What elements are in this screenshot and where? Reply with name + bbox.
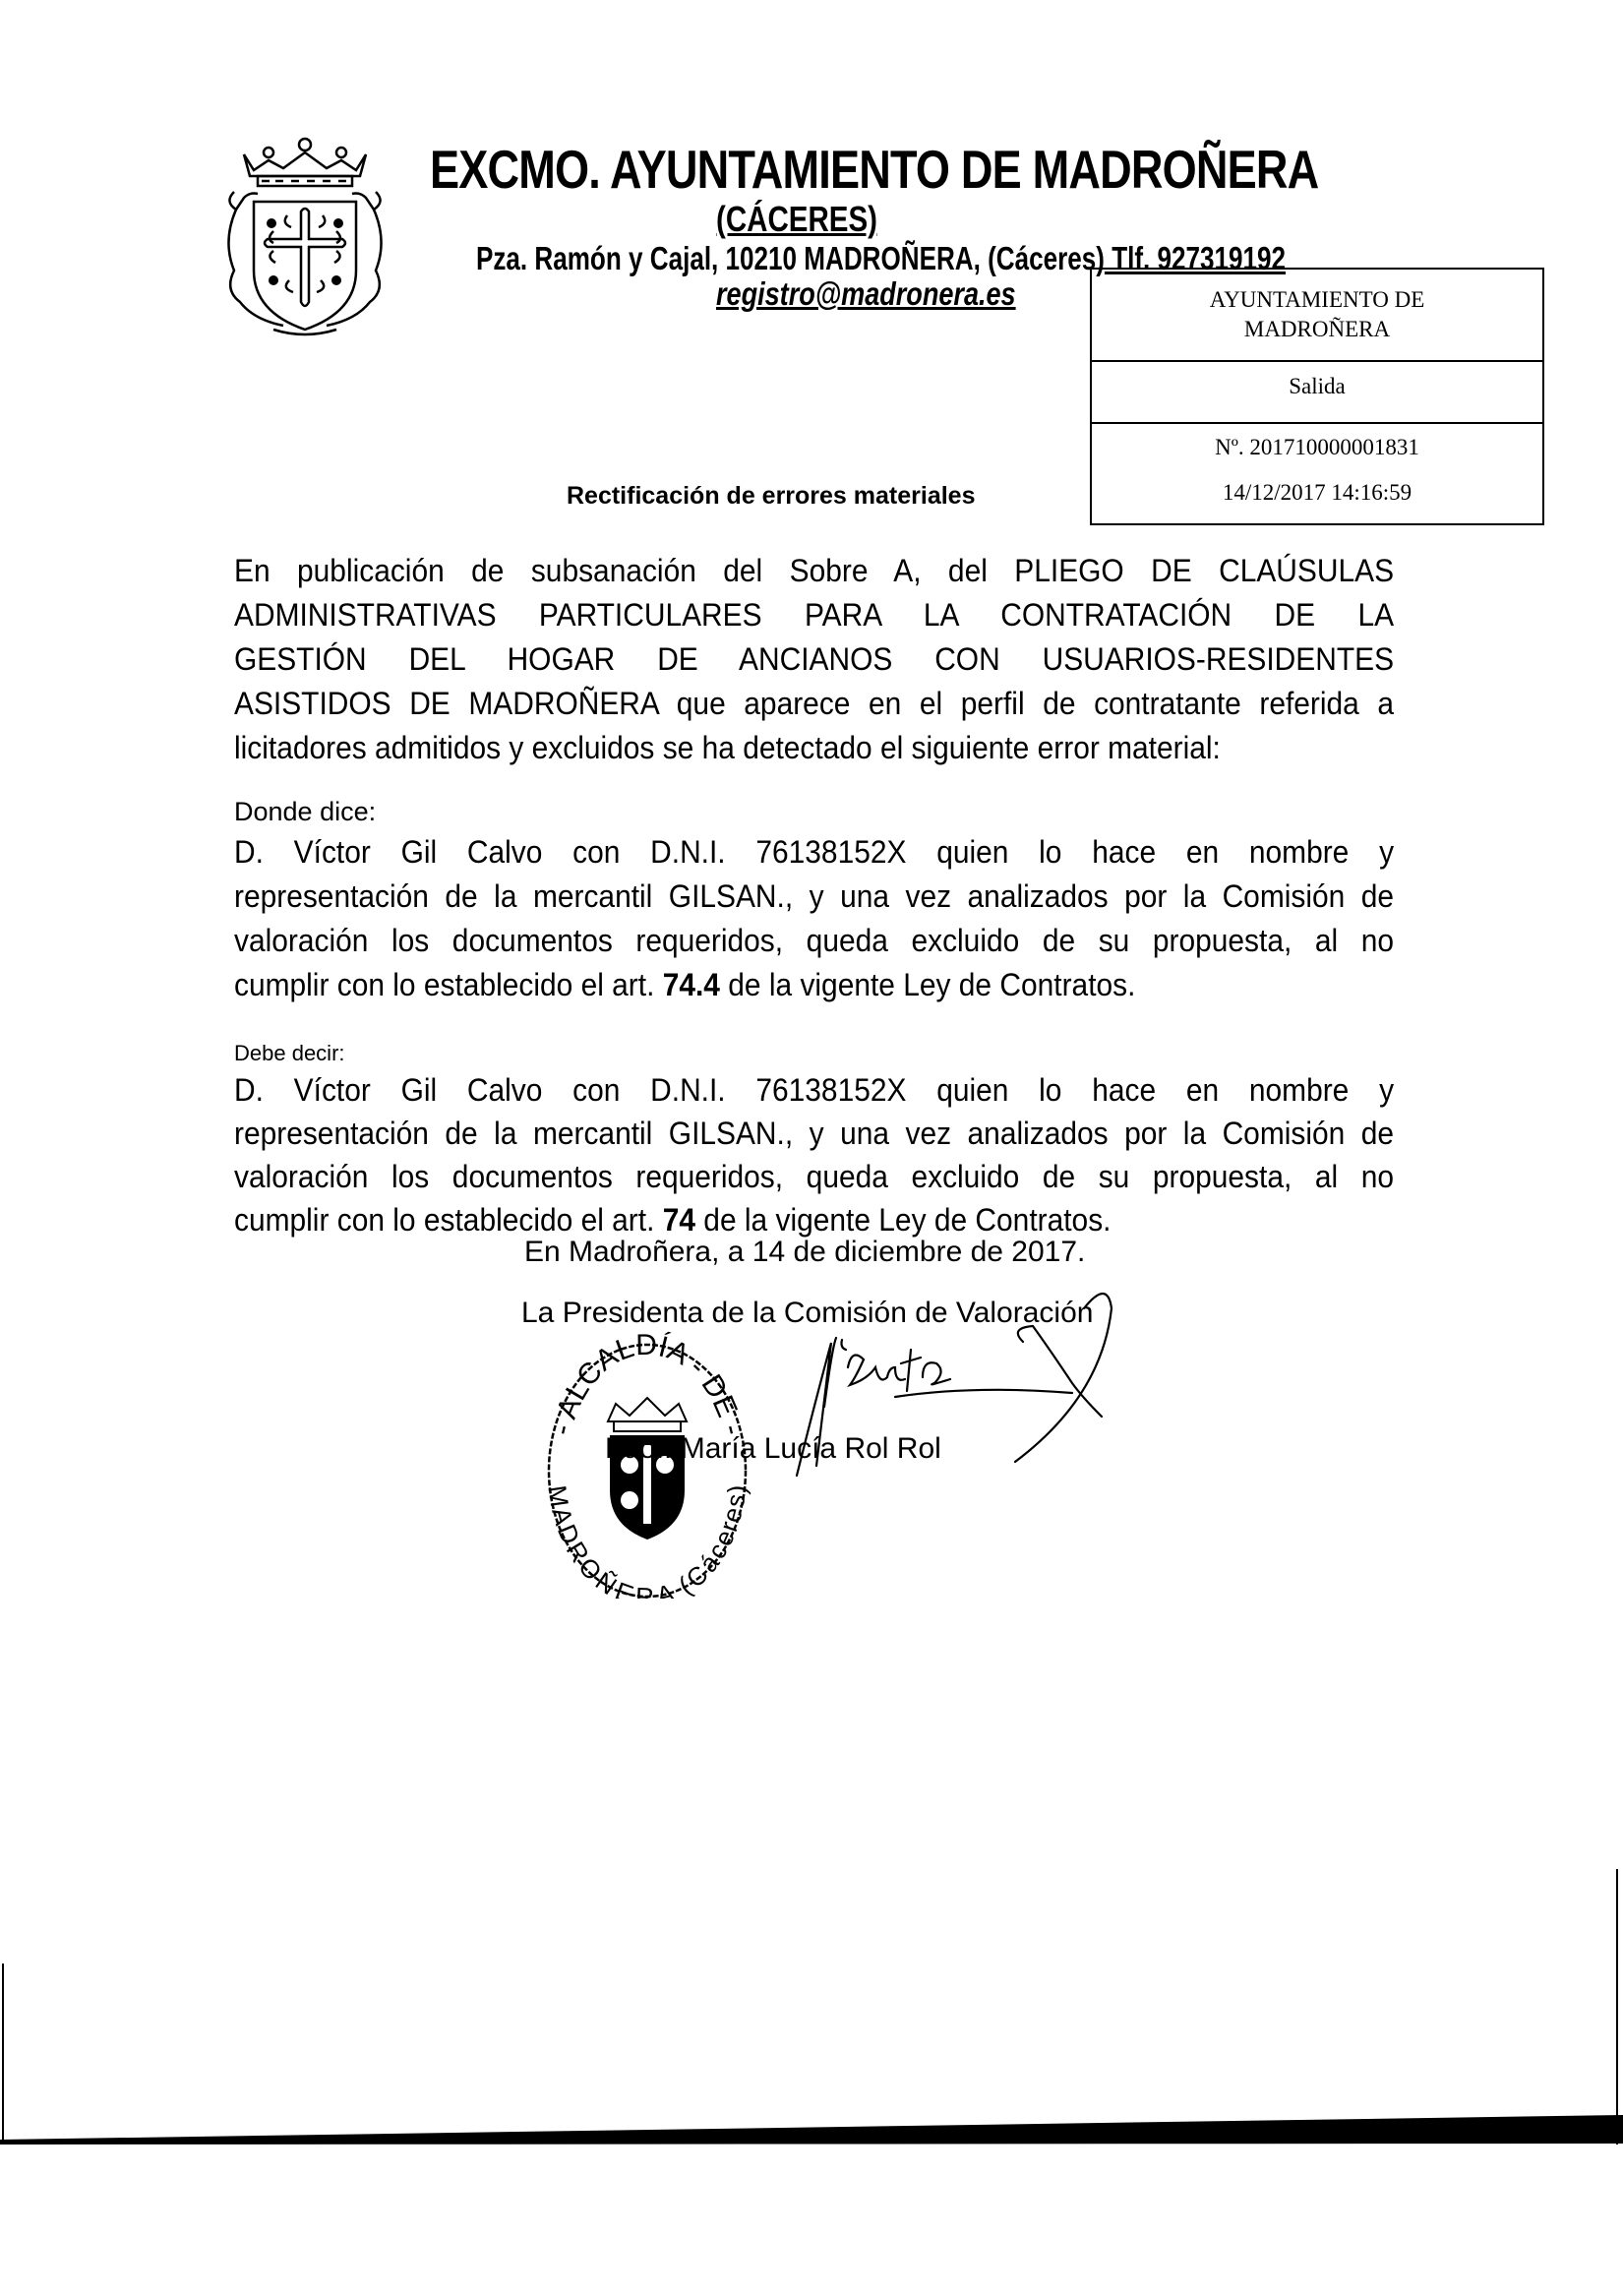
- scan-edge-line: [2, 1964, 4, 2145]
- registry-stamp: AYUNTAMIENTO DE MADROÑERA Salida Nº. 201…: [1090, 268, 1544, 525]
- handwritten-signature-icon: [777, 1269, 1151, 1505]
- scan-edge-line: [1616, 1869, 1618, 2145]
- intro-paragraph: En publicación de subsanación del Sobre …: [234, 549, 1394, 770]
- registry-divider: [1092, 360, 1542, 362]
- wrong-article-number: 74.4: [663, 967, 720, 1002]
- email-link[interactable]: registro@madronera.es: [716, 275, 1016, 313]
- correct-text-label: Debe decir:: [234, 1041, 345, 1066]
- signer-name: Fdo.: María Lucía Rol Rol: [605, 1432, 941, 1466]
- document-subject: Rectificación de errores materiales: [567, 482, 975, 511]
- province-name: (CÁCERES): [643, 199, 950, 240]
- registry-organization-line2: MADROÑERA: [1092, 315, 1542, 344]
- intro-line: GESTIÓN DEL HOGAR DE ANCIANOS CON USUARI…: [234, 637, 1394, 682]
- registry-number: Nº. 201710000001831: [1092, 433, 1542, 462]
- registry-type: Salida: [1092, 372, 1542, 401]
- registry-datetime: 14/12/2017 14:16:59: [1092, 478, 1542, 508]
- wrong-text-line: cumplir con lo establecido el art. 74.4 …: [234, 963, 1394, 1007]
- correct-text-line: representación de la mercantil GILSAN., …: [234, 1112, 1394, 1155]
- correct-text-line: D. Víctor Gil Calvo con D.N.I. 76138152X…: [234, 1068, 1394, 1112]
- correct-text-fragment: de la vigente Ley de Contratos.: [695, 1202, 1111, 1238]
- wrong-text-paragraph: D. Víctor Gil Calvo con D.N.I. 76138152X…: [234, 830, 1394, 1007]
- intro-line: En publicación de subsanación del Sobre …: [234, 549, 1394, 593]
- wrong-text-fragment: de la vigente Ley de Contratos.: [720, 967, 1135, 1002]
- intro-line: ASISTIDOS DE MADROÑERA que aparece en el…: [234, 682, 1394, 726]
- correct-text-line: valoración los documentos requeridos, qu…: [234, 1155, 1394, 1198]
- coat-of-arms-icon: [214, 133, 395, 341]
- wrong-text-line: valoración los documentos requeridos, qu…: [234, 919, 1394, 963]
- registry-organization: AYUNTAMIENTO DE MADROÑERA: [1092, 285, 1542, 344]
- registry-divider: [1092, 422, 1542, 424]
- correct-text-paragraph: D. Víctor Gil Calvo con D.N.I. 76138152X…: [234, 1068, 1394, 1241]
- correct-text-fragment: cumplir con lo establecido el art.: [234, 1202, 663, 1238]
- intro-line: ADMINISTRATIVAS PARTICULARES PARA LA CON…: [234, 593, 1394, 637]
- registry-organization-line1: AYUNTAMIENTO DE: [1092, 285, 1542, 315]
- wrong-text-fragment: cumplir con lo establecido el art.: [234, 967, 663, 1002]
- institution-title: EXCMO. AYUNTAMIENTO DE MADROÑERA: [430, 138, 1200, 201]
- wrong-text-line: D. Víctor Gil Calvo con D.N.I. 76138152X…: [234, 830, 1394, 875]
- wrong-text-line: representación de la mercantil GILSAN., …: [234, 875, 1394, 919]
- wrong-text-label: Donde dice:: [234, 797, 376, 827]
- place-and-date: En Madroñera, a 14 de diciembre de 2017.: [524, 1236, 1085, 1269]
- street-address: Pza. Ramón y Cajal, 10210 MADROÑERA, (Cá…: [476, 240, 1105, 276]
- correct-article-number: 74: [663, 1202, 695, 1238]
- intro-line: licitadores admitidos y excluidos se ha …: [234, 726, 1394, 770]
